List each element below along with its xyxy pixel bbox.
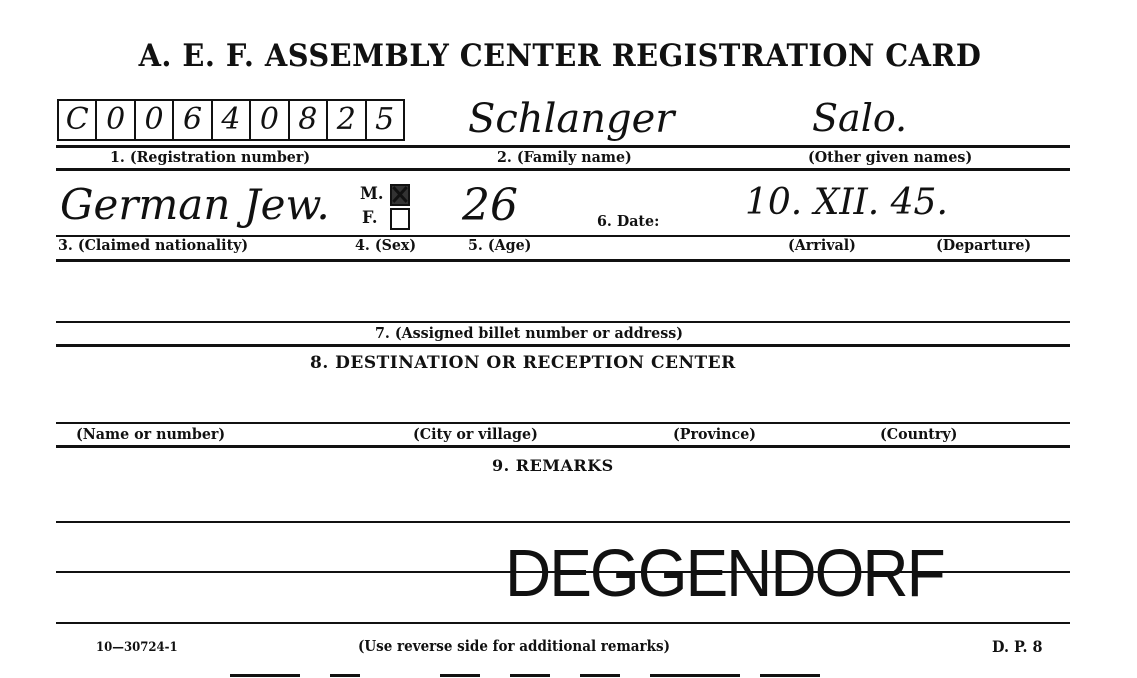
nationality-label: 3. (Claimed nationality)	[58, 236, 248, 254]
divider	[56, 321, 1070, 323]
divider	[56, 422, 1070, 424]
divider	[56, 445, 1070, 448]
sex-f-letter: F.	[362, 208, 377, 228]
edge-mark	[330, 674, 360, 677]
registration-number-field: C 0 0 6 4 0 8 2 5	[57, 99, 405, 141]
reverse-side-note: (Use reverse side for additional remarks…	[358, 637, 670, 655]
form-id: D. P. 8	[992, 637, 1042, 656]
sex-m-letter: M.	[360, 184, 384, 204]
reg-char: 5	[367, 101, 403, 139]
destination-heading: 8. DESTINATION OR RECEPTION CENTER	[310, 353, 736, 373]
arrival-date-value: 10. XII. 45.	[745, 182, 948, 223]
edge-mark	[760, 674, 820, 677]
reg-char: 8	[290, 101, 328, 139]
divider	[56, 521, 1070, 523]
reg-char: 0	[97, 101, 135, 139]
divider	[56, 259, 1070, 262]
destination-city-label: (City or village)	[413, 425, 538, 443]
sex-m-checkbox[interactable]	[390, 184, 410, 206]
divider	[56, 622, 1070, 624]
edge-mark	[440, 674, 480, 677]
arrival-label: (Arrival)	[788, 236, 856, 254]
family-name-value: Schlanger	[468, 96, 674, 142]
sex-f-checkbox[interactable]	[390, 208, 410, 230]
form-code: 10—30724-1	[96, 640, 178, 655]
nationality-value: German Jew.	[60, 180, 330, 229]
reg-char: C	[59, 101, 97, 139]
destination-country-label: (Country)	[880, 425, 957, 443]
given-names-value: Salo.	[812, 96, 907, 140]
divider	[56, 344, 1070, 347]
given-names-label: (Other given names)	[808, 148, 972, 166]
edge-mark	[510, 674, 550, 677]
reg-char: 0	[136, 101, 174, 139]
age-value: 26	[462, 180, 518, 231]
billet-label: 7. (Assigned billet number or address)	[375, 324, 683, 342]
divider	[56, 571, 1070, 573]
sex-label: 4. (Sex)	[355, 236, 416, 254]
reg-char: 0	[251, 101, 289, 139]
edge-mark	[580, 674, 620, 677]
edge-mark	[650, 674, 740, 677]
registration-number-label: 1. (Registration number)	[110, 148, 310, 166]
destination-name-label: (Name or number)	[76, 425, 225, 443]
deggendorf-stamp: DEGGENDORF	[505, 534, 944, 612]
departure-label: (Departure)	[936, 236, 1031, 254]
divider	[56, 168, 1070, 171]
destination-province-label: (Province)	[673, 425, 756, 443]
remarks-heading: 9. REMARKS	[492, 456, 614, 475]
reg-char: 4	[213, 101, 251, 139]
date-label: 6. Date:	[597, 212, 659, 230]
family-name-label: 2. (Family name)	[497, 148, 632, 166]
reg-char: 2	[328, 101, 366, 139]
reg-char: 6	[174, 101, 212, 139]
edge-mark	[230, 674, 300, 677]
card-title: A. E. F. ASSEMBLY CENTER REGISTRATION CA…	[39, 38, 1081, 74]
age-label: 5. (Age)	[468, 236, 531, 254]
